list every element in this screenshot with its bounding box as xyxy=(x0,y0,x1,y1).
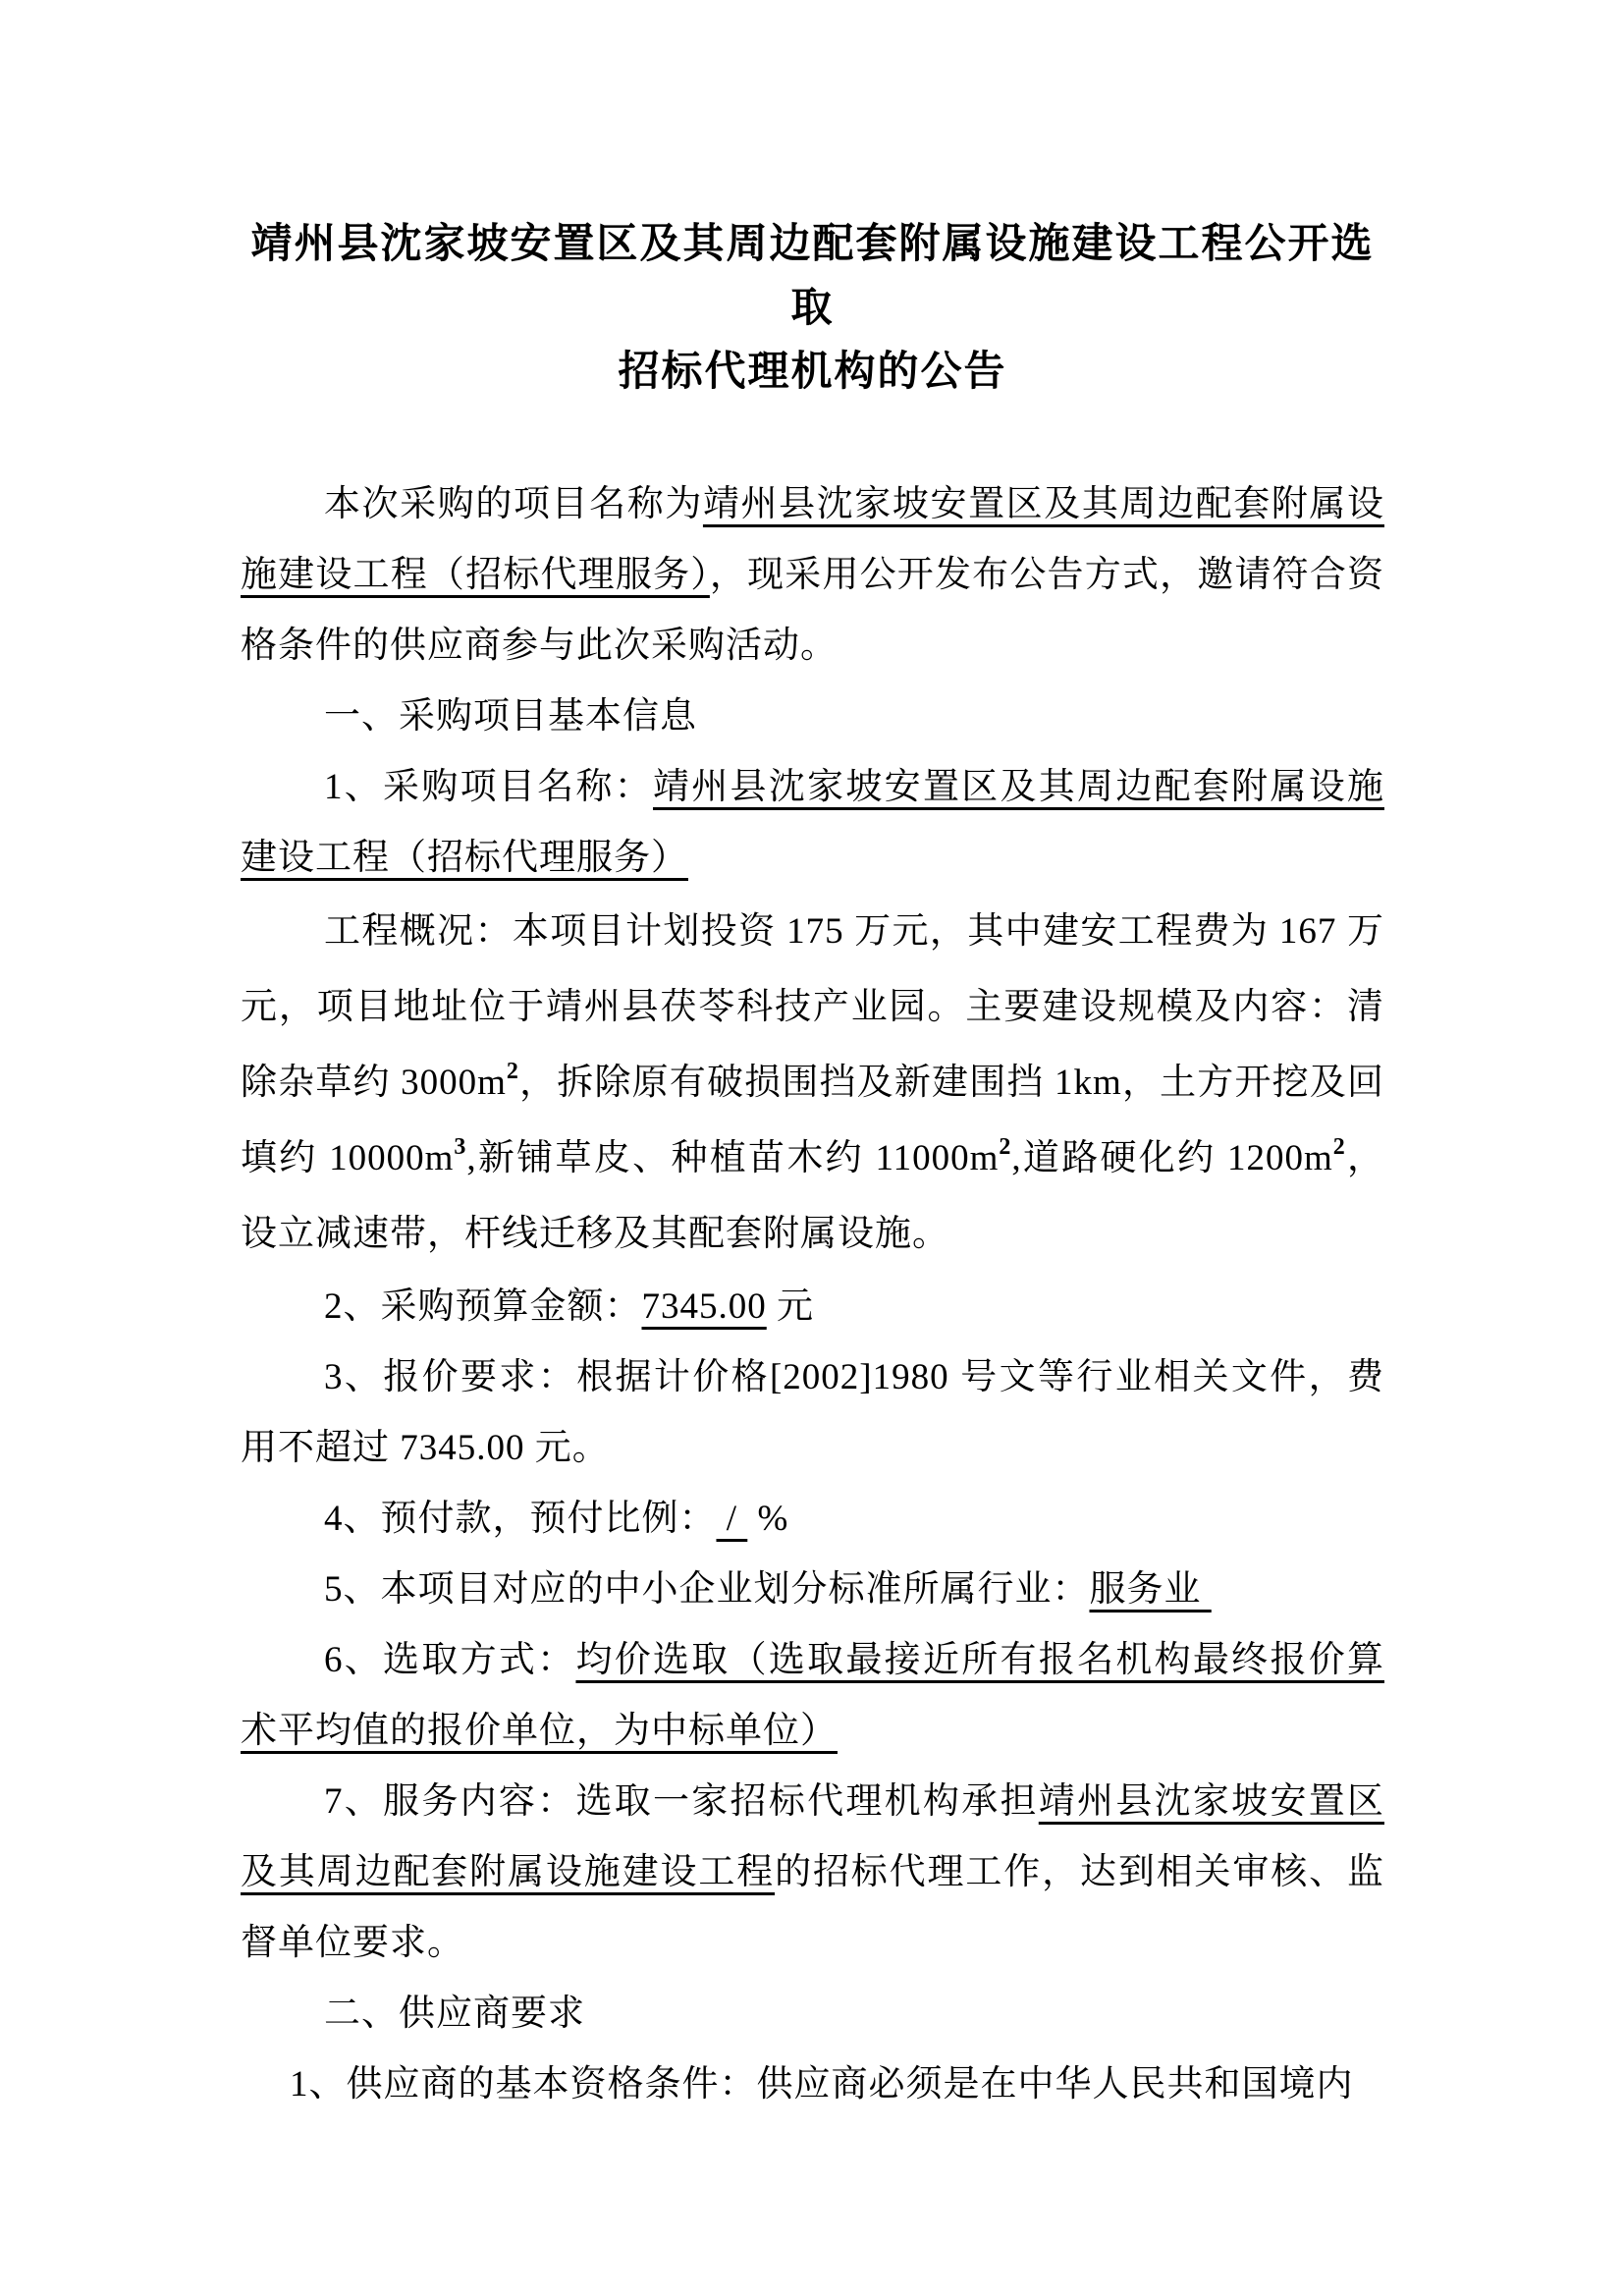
text-run: % xyxy=(747,1499,788,1539)
text-run: 元 xyxy=(767,1286,814,1327)
text-run: 5、本项目对应的中小企业划分标准所属行业： xyxy=(324,1569,1090,1610)
paragraph-item-6-selection-method: 6、选取方式：均价选取（选取最接近所有报名机构最终报价算术平均值的报价单位，为中… xyxy=(241,1625,1384,1767)
text-run: 4、预付款，预付比例： xyxy=(324,1499,717,1539)
text-run: 7、服务内容：选取一家招标代理机构承担 xyxy=(324,1781,1039,1822)
paragraph-project-overview: 工程概况：本项目计划投资 175 万元，其中建安工程费为 167 万元，项目地址… xyxy=(241,894,1384,1272)
underlined-text: 服务业 xyxy=(1090,1569,1212,1610)
superscript: 2 xyxy=(1333,1134,1346,1160)
superscript: 2 xyxy=(999,1134,1011,1160)
paragraph-item-1-project-name: 1、采购项目名称：靖州县沈家坡安置区及其周边配套附属设施建设工程（招标代理服务） xyxy=(241,752,1384,894)
document-page: 靖州县沈家坡安置区及其周边配套附属设施建设工程公开选取 招标代理机构的公告 本次… xyxy=(0,0,1623,2296)
paragraph-item-4-prepayment: 4、预付款，预付比例： / % xyxy=(241,1484,1384,1555)
title-line-2: 招标代理机构的公告 xyxy=(241,341,1384,405)
text-run: 3、报价要求：根据计价格[2002]1980 号文等行业相关文件，费用不超过 7… xyxy=(241,1357,1384,1468)
underlined-text: 7345.00 xyxy=(642,1286,767,1327)
document-title: 靖州县沈家坡安置区及其周边配套附属设施建设工程公开选取 招标代理机构的公告 xyxy=(241,213,1384,405)
text-run: ,新铺草皮、种植苗木约 11000m xyxy=(466,1138,999,1178)
underlined-text: / xyxy=(717,1499,748,1539)
paragraph-section-1-heading: 一、采购项目基本信息 xyxy=(241,682,1384,752)
paragraph-item-1-supplier-qualification: 1、供应商的基本资格条件：供应商必须是在中华人民共和国境内 xyxy=(241,2050,1384,2120)
text-run: 一、采购项目基本信息 xyxy=(324,696,697,737)
superscript: 3 xyxy=(454,1134,466,1160)
paragraph-section-2-heading: 二、供应商要求 xyxy=(241,1979,1384,2050)
text-run: 二、供应商要求 xyxy=(324,1994,585,2034)
paragraph-item-3-quotation-requirement: 3、报价要求：根据计价格[2002]1980 号文等行业相关文件，费用不超过 7… xyxy=(241,1342,1384,1484)
text-run: 1、采购项目名称： xyxy=(324,767,653,807)
text-run: 本次采购的项目名称为 xyxy=(324,484,703,524)
text-run: 6、选取方式： xyxy=(324,1640,575,1680)
paragraph-item-7-service-content: 7、服务内容：选取一家招标代理机构承担靖州县沈家坡安置区及其周边配套附属设施建设… xyxy=(241,1767,1384,1979)
title-line-1: 靖州县沈家坡安置区及其周边配套附属设施建设工程公开选取 xyxy=(241,213,1384,341)
paragraph-intro: 本次采购的项目名称为靖州县沈家坡安置区及其周边配套附属设施建设工程（招标代理服务… xyxy=(241,469,1384,682)
text-run: 2、采购预算金额： xyxy=(324,1286,642,1327)
paragraph-item-5-industry: 5、本项目对应的中小企业划分标准所属行业：服务业 xyxy=(241,1555,1384,1625)
text-run: 1、供应商的基本资格条件：供应商必须是在中华人民共和国境内 xyxy=(290,2064,1354,2105)
superscript: 2 xyxy=(507,1059,519,1084)
document-body: 本次采购的项目名称为靖州县沈家坡安置区及其周边配套附属设施建设工程（招标代理服务… xyxy=(241,469,1384,2120)
text-run: ,道路硬化约 1200m xyxy=(1011,1138,1332,1178)
paragraph-item-2-budget: 2、采购预算金额：7345.00 元 xyxy=(241,1272,1384,1342)
